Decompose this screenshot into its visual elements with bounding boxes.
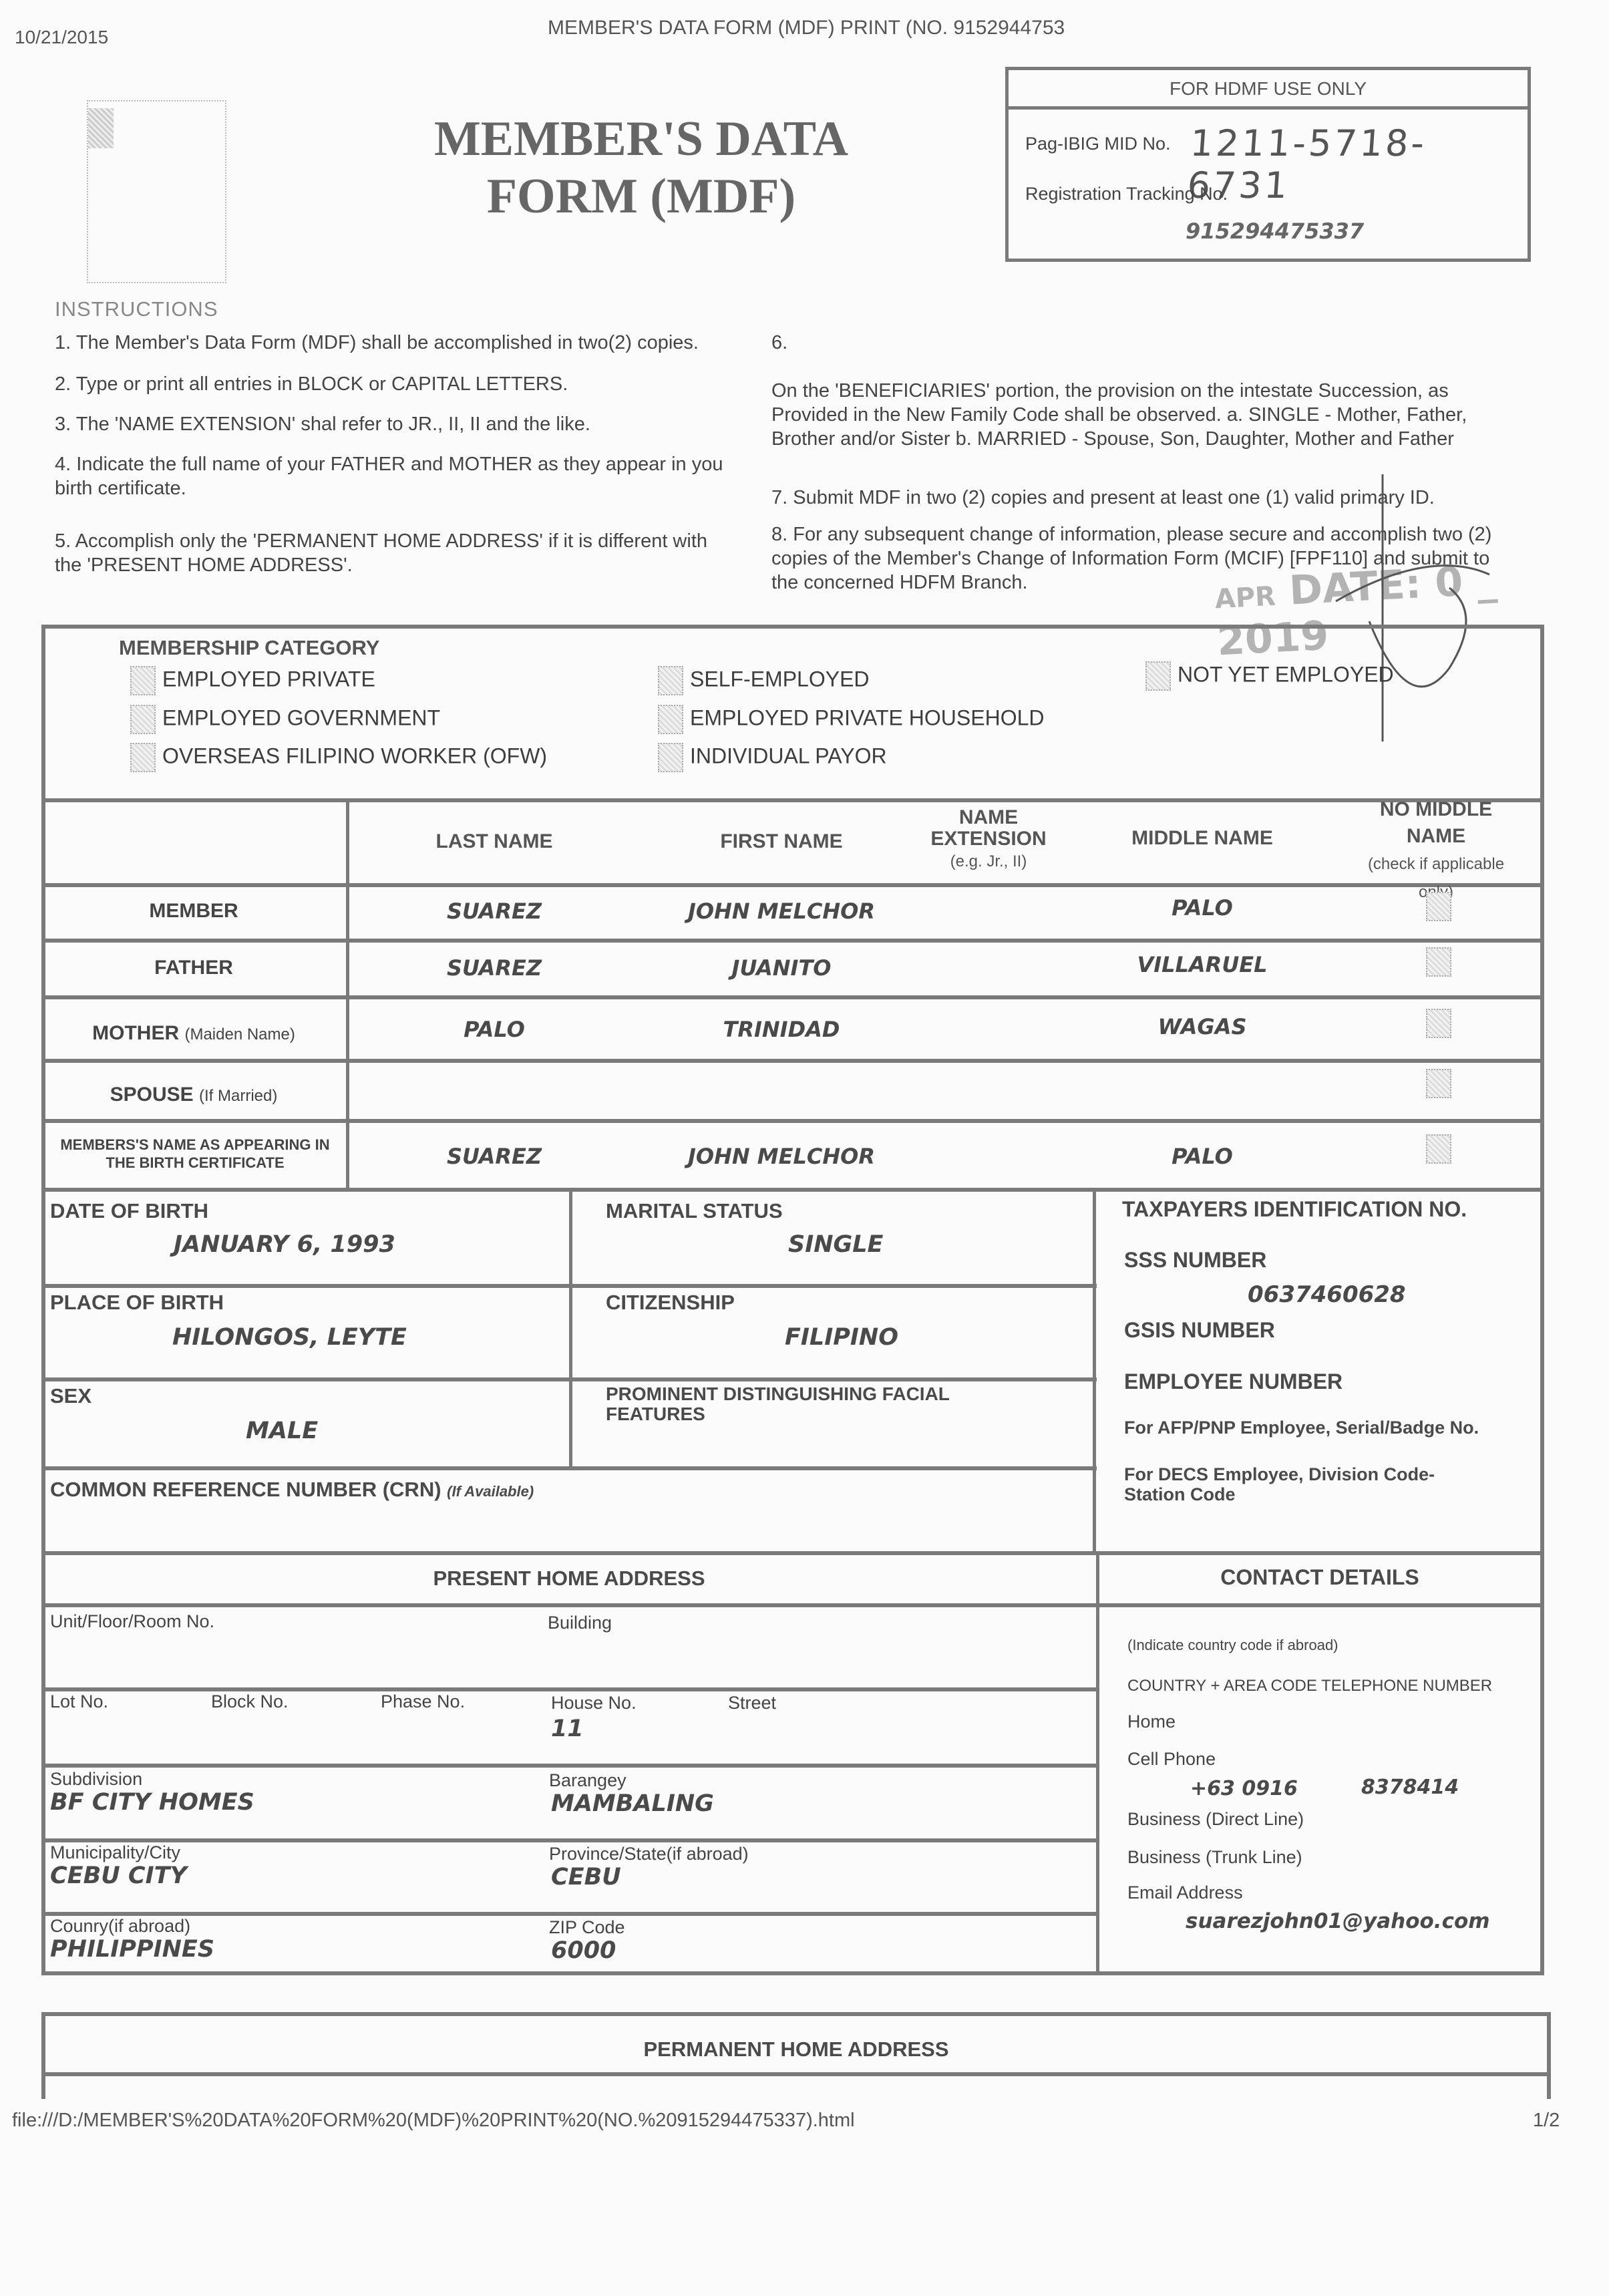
checkbox[interactable] [658, 666, 683, 695]
option-employed-private-household[interactable]: EMPLOYED PRIVATE HOUSEHOLD [658, 705, 1044, 734]
contact-note: (Indicate country code if abroad) [1127, 1637, 1338, 1654]
facial-features-label: PROMINENT DISTINGUISHING FACIAL FEATURES [606, 1384, 1007, 1424]
checkbox[interactable] [130, 666, 156, 695]
house-label: House No. [551, 1693, 637, 1713]
dob-value: JANUARY 6, 1993 [174, 1231, 395, 1258]
email-value: suarezjohn01@yahoo.com [1186, 1909, 1490, 1933]
divider [1093, 1188, 1096, 1555]
option-employed-private[interactable]: EMPLOYED PRIVATE [130, 666, 375, 695]
house-value: 11 [551, 1715, 584, 1742]
divider [41, 1764, 1097, 1768]
divider [41, 1284, 1097, 1288]
member-no-middle-checkbox[interactable] [1426, 892, 1451, 921]
citizenship-label: CITIZENSHIP [606, 1291, 735, 1315]
divider [41, 2072, 1551, 2076]
dob-label: DATE OF BIRTH [50, 1199, 208, 1223]
mother-no-middle-checkbox[interactable] [1426, 1009, 1451, 1038]
row-label-spouse: SPOUSE (If Married) [47, 1084, 341, 1106]
gsis-label: GSIS NUMBER [1124, 1318, 1275, 1343]
divider [346, 798, 349, 1189]
broken-image-icon [88, 108, 114, 148]
option-employed-government[interactable]: EMPLOYED GOVERNMENT [130, 705, 440, 734]
business-direct-label: Business (Direct Line) [1127, 1809, 1304, 1830]
instruction-4: 4. Indicate the full name of your FATHER… [55, 452, 749, 500]
country-value: PHILIPPINES [50, 1936, 214, 1963]
instruction-6: 6.On the 'BENEFICIARIES' portion, the pr… [771, 331, 1479, 451]
divider [41, 1838, 1097, 1842]
tin-label: TAXPAYERS IDENTIFICATION NO. [1122, 1197, 1467, 1222]
print-date: 10/21/2015 [15, 27, 108, 48]
father-first-name: JUANITO [655, 955, 908, 981]
country-label: Counry(if abroad) [50, 1916, 190, 1937]
mid-label: Pag-IBIG MID No. [1025, 134, 1171, 154]
crn-label: COMMON REFERENCE NUMBER (CRN) (If Availa… [50, 1478, 534, 1502]
divider [41, 1687, 1097, 1691]
sex-label: SEX [50, 1384, 92, 1408]
divider [41, 1912, 1097, 1916]
divider [569, 1188, 572, 1468]
header-no-middle-name: NO MIDDLE NAME(check if applicable only) [1349, 796, 1523, 906]
contact-details-heading: CONTACT DETAILS [1096, 1565, 1544, 1590]
instruction-3: 3. The 'NAME EXTENSION' shal refer to JR… [55, 412, 763, 436]
rtn-label: Registration Tracking No. [1025, 184, 1228, 204]
mother-last-name: PALO [374, 1017, 614, 1042]
header-name-extension: NAME EXTENSION(e.g. Jr., II) [918, 807, 1059, 872]
bc-no-middle-checkbox[interactable] [1426, 1134, 1451, 1164]
print-doc-title: MEMBER'S DATA FORM (MDF) PRINT (NO. 9152… [548, 17, 1065, 39]
cell-number-value: 8378414 [1361, 1776, 1459, 1799]
option-ofw[interactable]: OVERSEAS FILIPINO WORKER (OFW) [130, 743, 547, 772]
present-address-heading: PRESENT HOME ADDRESS [41, 1567, 1097, 1591]
contact-columns: COUNTRY + AREA CODE TELEPHONE NUMBER [1127, 1677, 1492, 1695]
province-value: CEBU [551, 1864, 621, 1891]
instruction-1: 1. The Member's Data Form (MDF) shall be… [55, 331, 763, 355]
marital-value: SINGLE [788, 1231, 883, 1258]
decs-label: For DECS Employee, Division Code-Station… [1124, 1464, 1471, 1504]
footer-page-number: 1/2 [1533, 2110, 1560, 2132]
barangay-label: Barangey [549, 1770, 627, 1791]
mother-middle-name: WAGAS [1082, 1014, 1322, 1039]
header-middle-name: MIDDLE NAME [1082, 827, 1322, 850]
option-not-yet-employed[interactable]: NOT YET EMPLOYED [1145, 661, 1394, 691]
father-last-name: SUAREZ [374, 955, 614, 981]
membership-heading: MEMBERSHIP CATEGORY [119, 636, 379, 660]
divider [41, 798, 1544, 802]
permanent-address-heading: PERMANENT HOME ADDRESS [41, 2037, 1551, 2062]
instructions-heading: INSTRUCTIONS [55, 297, 218, 321]
citizenship-value: FILIPINO [785, 1324, 898, 1351]
divider [41, 1119, 1544, 1123]
row-label-mother: MOTHER (Maiden Name) [47, 1022, 341, 1045]
sex-value: MALE [246, 1418, 318, 1444]
checkbox[interactable] [130, 743, 156, 772]
unit-label: Unit/Floor/Room No. [50, 1611, 214, 1632]
divider [41, 1551, 1544, 1555]
checkbox[interactable] [658, 705, 683, 734]
divider [1096, 1551, 1099, 1975]
checkbox[interactable] [658, 743, 683, 772]
pob-label: PLACE OF BIRTH [50, 1291, 224, 1315]
member-last-name: SUAREZ [374, 898, 614, 924]
instruction-2: 2. Type or print all entries in BLOCK or… [55, 372, 763, 396]
cell-phone-label: Cell Phone [1127, 1749, 1216, 1770]
pob-value: HILONGOS, LEYTE [172, 1324, 407, 1351]
divider [41, 883, 1544, 887]
option-self-employed[interactable]: SELF-EMPLOYED [658, 666, 870, 695]
photo-placeholder [87, 100, 226, 283]
province-label: Province/State(if abroad) [549, 1844, 749, 1864]
row-label-father: FATHER [47, 957, 341, 979]
page-title: MEMBER'S DATA FORM (MDF) [374, 110, 908, 225]
home-label: Home [1127, 1711, 1176, 1732]
email-label: Email Address [1127, 1882, 1243, 1903]
bc-middle-name: PALO [1082, 1144, 1322, 1169]
block-label: Block No. [211, 1691, 289, 1712]
spouse-no-middle-checkbox[interactable] [1426, 1069, 1451, 1098]
marital-label: MARITAL STATUS [606, 1199, 783, 1223]
building-label: Building [548, 1613, 612, 1633]
employee-number-label: EMPLOYEE NUMBER [1124, 1369, 1343, 1394]
row-label-birth-certificate-name: MEMBERS'S NAME AS APPEARING IN THE BIRTH… [48, 1136, 342, 1172]
afp-pnp-label: For AFP/PNP Employee, Serial/Badge No. [1124, 1418, 1479, 1438]
divider [41, 1188, 1544, 1192]
header-first-name: FIRST NAME [661, 830, 902, 853]
checkbox[interactable] [130, 705, 156, 734]
father-no-middle-checkbox[interactable] [1426, 947, 1451, 977]
cell-code-value: +63 0916 [1190, 1777, 1298, 1800]
business-trunk-label: Business (Trunk Line) [1127, 1847, 1302, 1868]
mother-first-name: TRINIDAD [655, 1017, 908, 1042]
title-line-1: MEMBER'S DATA [374, 110, 908, 168]
zip-label: ZIP Code [549, 1917, 625, 1938]
hdmf-use-only-box: FOR HDMF USE ONLY Pag-IBIG MID No. 1211-… [1005, 67, 1531, 262]
divider [41, 939, 1544, 943]
divider [41, 1059, 1544, 1063]
bc-last-name: SUAREZ [374, 1144, 614, 1169]
row-label-member: MEMBER [47, 900, 341, 923]
checkbox[interactable] [1145, 661, 1171, 691]
zip-value: 6000 [551, 1937, 616, 1964]
subdivision-label: Subdivision [50, 1769, 142, 1790]
lot-label: Lot No. [50, 1691, 108, 1712]
divider [41, 995, 1544, 999]
phase-label: Phase No. [381, 1691, 465, 1712]
footer-path: file:///D:/MEMBER'S%20DATA%20FORM%20(MDF… [12, 2110, 855, 2132]
divider [1009, 106, 1528, 110]
header-last-name: LAST NAME [374, 830, 614, 853]
city-value: CEBU CITY [50, 1862, 187, 1889]
divider [41, 1603, 1544, 1607]
mid-value: 1211-5718-6731 [1186, 122, 1531, 206]
member-first-name: JOHN MELCHOR [655, 898, 908, 924]
sss-value: 0637460628 [1248, 1281, 1406, 1308]
title-line-2: FORM (MDF) [374, 168, 908, 225]
divider [41, 1466, 1097, 1470]
divider [41, 1377, 1097, 1381]
street-label: Street [728, 1693, 776, 1713]
father-middle-name: VILLARUEL [1082, 952, 1322, 977]
sss-label: SSS NUMBER [1124, 1248, 1266, 1273]
rtn-value: 915294475337 [1186, 218, 1364, 244]
option-individual-payor[interactable]: INDIVIDUAL PAYOR [658, 743, 887, 772]
city-label: Municipality/City [50, 1842, 180, 1863]
instruction-5: 5. Accomplish only the 'PERMANENT HOME A… [55, 529, 736, 577]
bc-first-name: JOHN MELCHOR [655, 1144, 908, 1169]
hdmf-heading: FOR HDMF USE ONLY [1009, 78, 1528, 100]
subdivision-value: BF CITY HOMES [50, 1789, 254, 1816]
member-middle-name: PALO [1082, 895, 1322, 921]
barangay-value: MAMBALING [551, 1790, 714, 1817]
